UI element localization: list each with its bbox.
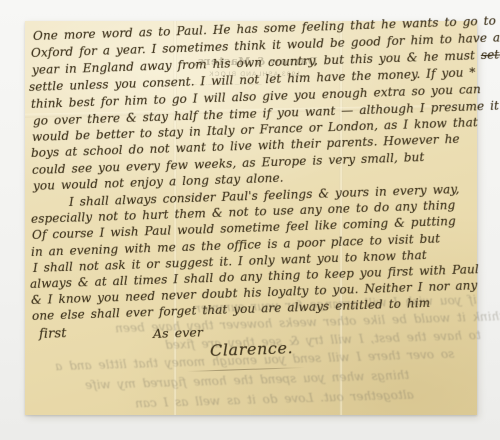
strikethrough-word: settle — [481, 47, 500, 62]
letter-page: Darrow & Masters, 1903 ASHLAND BLOCK —·—… — [25, 21, 477, 415]
scanned-letter-photo: Darrow & Masters, 1903 ASHLAND BLOCK —·—… — [0, 0, 500, 440]
signature-flourish — [187, 367, 305, 372]
handwriting-line: first — [39, 326, 67, 342]
signature: Clarence. — [210, 338, 294, 360]
showthrough-line: things when you spend the home figured m… — [85, 368, 409, 392]
closing: As ever — [153, 324, 203, 341]
